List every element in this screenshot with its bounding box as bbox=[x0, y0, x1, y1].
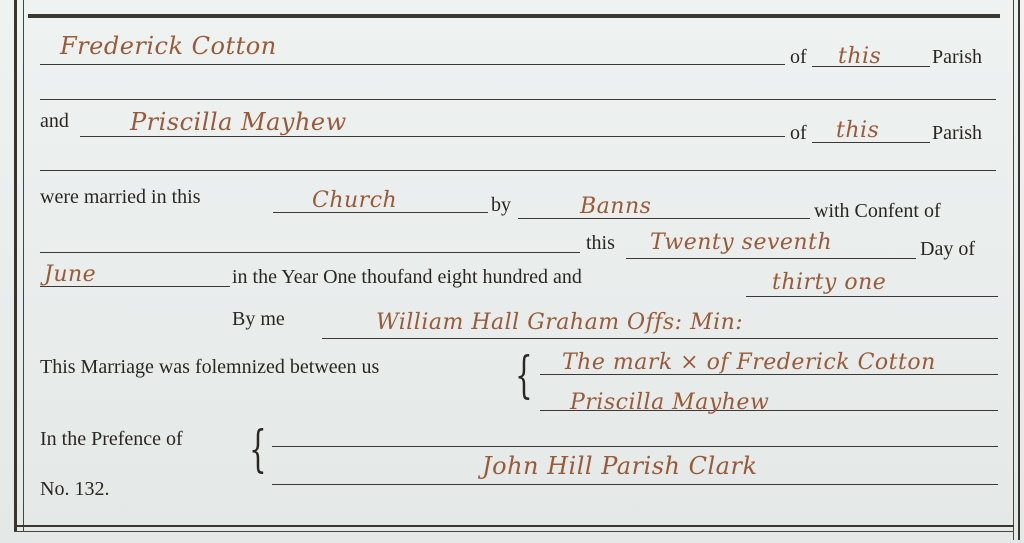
method-line bbox=[518, 218, 810, 219]
officiant-line bbox=[322, 338, 998, 339]
bride-name-line bbox=[80, 136, 785, 137]
year-line bbox=[746, 296, 998, 297]
year-value: thirty one bbox=[772, 270, 886, 295]
of-label: of bbox=[790, 46, 807, 69]
day-line bbox=[626, 258, 916, 259]
bride-name: Priscilla Mayhew bbox=[130, 108, 347, 136]
page-border-bottom bbox=[14, 525, 1014, 532]
groom-name-line bbox=[40, 64, 785, 65]
place-value: Church bbox=[312, 188, 397, 213]
parish-label: Parish bbox=[932, 46, 982, 69]
ruled-line bbox=[40, 99, 996, 100]
solemnized-label: This Marriage was folemnized between us bbox=[40, 356, 379, 379]
page-border-right bbox=[1013, 0, 1020, 540]
by-label: by bbox=[491, 194, 511, 217]
entry-number: No. 132. bbox=[40, 478, 109, 501]
method-value: Banns bbox=[580, 194, 651, 219]
day-value: Twenty seventh bbox=[650, 230, 832, 255]
presence-label: In the Prefence of bbox=[40, 428, 183, 451]
bride-parish: this bbox=[836, 118, 879, 143]
ruled-line bbox=[40, 170, 996, 171]
this-label: this bbox=[586, 232, 615, 255]
by-me-label: By me bbox=[232, 308, 285, 331]
consent-label: with Confent of bbox=[814, 200, 941, 223]
groom-parish: this bbox=[838, 44, 881, 69]
parish-label: Parish bbox=[932, 122, 982, 145]
brace: { bbox=[249, 424, 266, 474]
of-label: of bbox=[790, 122, 807, 145]
party2-value: Priscilla Mayhew bbox=[570, 390, 769, 415]
page-border-top bbox=[28, 14, 1000, 18]
page-border-left bbox=[14, 0, 24, 532]
officiant-value: William Hall Graham Offs: Min: bbox=[376, 310, 743, 335]
consent-line bbox=[40, 252, 580, 253]
witness1-line bbox=[272, 446, 998, 447]
married-label: were married in this bbox=[40, 186, 201, 209]
day-label: Day of bbox=[920, 238, 975, 261]
witness2-line bbox=[272, 484, 998, 485]
year-label: in the Year One thoufand eight hundred a… bbox=[232, 266, 582, 289]
month-value: June bbox=[44, 262, 96, 287]
brace: { bbox=[515, 350, 532, 400]
party1-value: The mark × of Frederick Cotton bbox=[562, 350, 936, 375]
witness2-value: John Hill Parish Clark bbox=[482, 452, 758, 480]
and-label: and bbox=[40, 110, 69, 133]
groom-name: Frederick Cotton bbox=[60, 32, 277, 60]
register-page: Frederick Cotton of this Parish and Pris… bbox=[0, 0, 1024, 543]
